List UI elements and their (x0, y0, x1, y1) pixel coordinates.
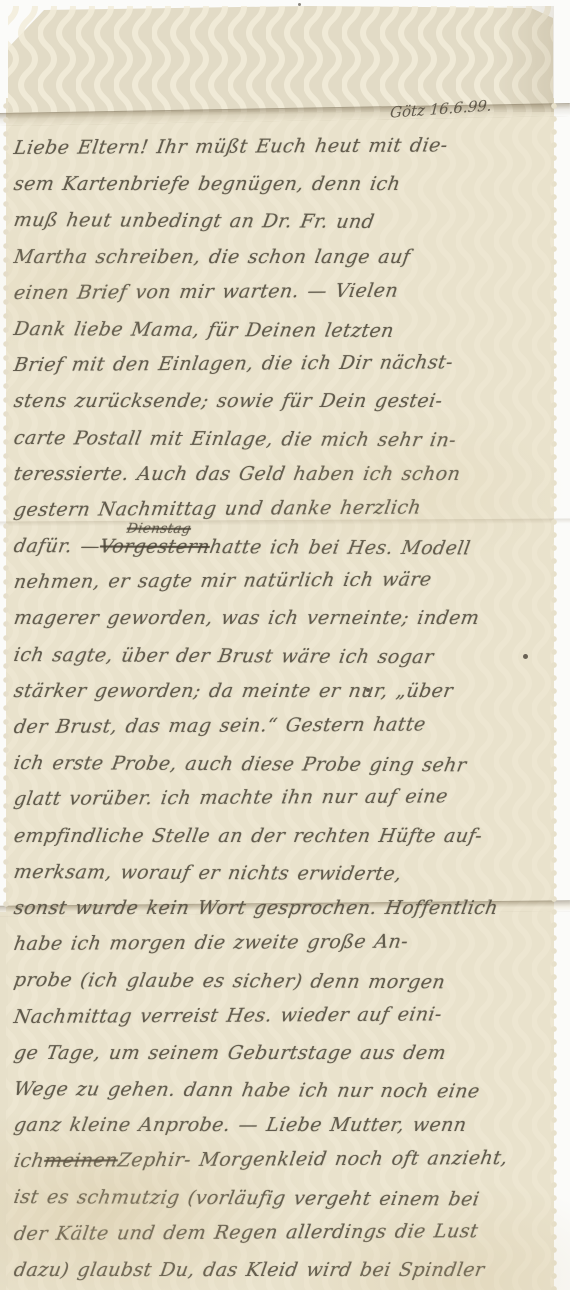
handwritten-line: merksam, worauf er nichts erwiderte, (11, 854, 560, 893)
handwritten-line: der Kälte und dem Regen allerdings die L… (11, 1212, 561, 1252)
strikethrough-word: Vorgestern (98, 536, 211, 559)
handwritten-line: Brief mit den Einlagen, die ich Dir näch… (11, 344, 561, 384)
envelope-flap (8, 6, 553, 112)
handwritten-line: stens zurücksende; sowie für Dein gestei… (11, 383, 561, 419)
handwritten-line: empfindliche Stelle an der rechten Hüfte… (11, 818, 561, 854)
strikethrough-word: meinen (43, 1150, 120, 1172)
handwritten-line: teressierte. Auch das Geld haben ich sch… (11, 456, 561, 492)
paper-speck (298, 3, 301, 6)
handwritten-line: ganz kleine Anprobe. — Liebe Mutter, wen… (11, 1107, 561, 1143)
inserted-word: Dienstag (126, 521, 193, 537)
handwritten-line: Liebe Eltern! Ihr müßt Euch heut mit die… (11, 127, 561, 167)
handwritten-line: stärker geworden; da meinte er nur, „übe… (11, 673, 561, 709)
handwritten-line: gestern Nachmittag und danke herzlich (11, 489, 561, 529)
handwritten-line: sem Kartenbriefe begnügen, denn ich (11, 166, 561, 202)
handwritten-line-with-correction: ich meinen Zephir- Morgenkleid noch oft … (11, 1140, 561, 1180)
paper-sheet-lower-edge (0, 912, 8, 1290)
handwritten-line: sonst wurde kein Wort gesprochen. Hoffen… (11, 890, 561, 926)
line-text: dafür. — (12, 535, 102, 557)
letter-scan: Götz 16.6.99. Liebe Eltern! Ihr müßt Euc… (0, 0, 570, 1290)
letter-body: Liebe Eltern! Ihr müßt Euch heut mit die… (14, 130, 558, 1288)
handwritten-line: nehmen, er sagte mir natürlich ich wäre (11, 561, 561, 601)
ink-speck (523, 654, 528, 659)
handwritten-line: der Brust, das mag sein.“ Gestern hatte (11, 706, 561, 746)
handwritten-line: glatt vorüber. ich machte ihn nur auf ei… (11, 778, 561, 818)
handwritten-line: einen Brief von mir warten. — Vielen (11, 271, 561, 311)
handwritten-line: muß heut unbedingt an Dr. Fr. und (11, 202, 560, 241)
handwritten-line: dazu) glaubst Du, das Kleid wird bei Spi… (11, 1252, 561, 1288)
correction: Vorgestern Dienstag (98, 536, 211, 559)
handwritten-line: carte Postall mit Einlage, die mich sehr… (11, 420, 560, 459)
perforation-left-edge (0, 100, 9, 908)
line-text: hatte ich bei Hes. Modell (208, 536, 472, 559)
handwritten-line: Martha schreiben, die schon lange auf (11, 239, 561, 275)
handwritten-line: ich sagte, über der Brust wäre ich sogar (11, 637, 560, 676)
handwritten-line: habe ich morgen die zweite große An- (11, 923, 561, 963)
flap-corner-shadow (496, 6, 554, 112)
ink-speck (366, 688, 370, 692)
handwritten-line: Nachmittag verreist Hes. wieder auf eini… (11, 995, 561, 1035)
handwritten-line: Wege zu gehen. dann habe ich nur noch ei… (11, 1071, 560, 1110)
handwritten-line: ge Tage, um seinem Geburtstage aus dem (11, 1035, 561, 1071)
line-text: ich (12, 1150, 46, 1172)
line-text: Zephir- Morgenkleid noch oft anzieht, (116, 1147, 509, 1171)
handwritten-line: magerer geworden, was ich verneinte; ind… (11, 600, 561, 636)
